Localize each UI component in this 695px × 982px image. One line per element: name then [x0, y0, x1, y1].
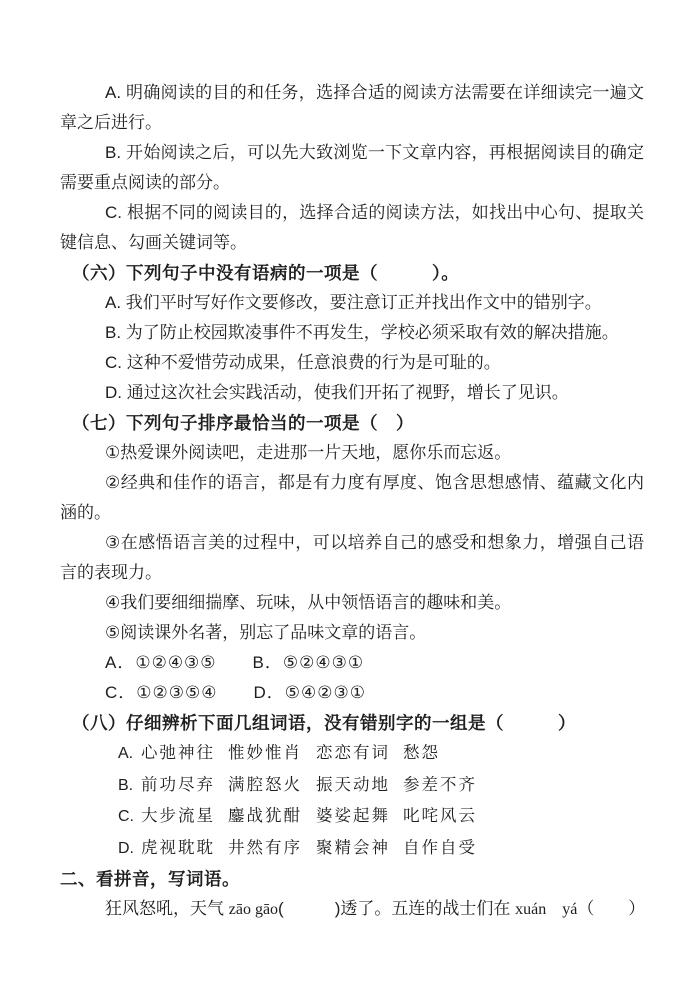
question-8-row-d: D.虎视耽耽井然有序聚精会神自作自受 — [60, 833, 644, 865]
question-8-row-a: A.心弛神往惟妙惟肖恋恋有词愁怨 — [60, 738, 644, 770]
question-7-sentence-4: ④我们要细细揣摩、玩味，从中领悟语言的趣味和美。 — [60, 588, 644, 618]
page-content: A. 明确阅读的目的和任务，选择合适的阅读方法需要在详细读完一遍文章之后进行。 … — [60, 78, 644, 925]
pinyin-sentence: 狂风怒吼，天气 zāo gāo( )透了。五连的战士们在 xuán yá（ ） — [60, 894, 644, 925]
question-7-sentence-1: ①热爱课外阅读吧，走进那一片天地，愿你乐而忘返。 — [60, 438, 644, 468]
question-8-row-c: C.大步流星鏖战犹酣婆娑起舞叱咤风云 — [60, 801, 644, 833]
section-two-heading: 二、看拼音，写词语。 — [60, 864, 644, 894]
word-group: 惟妙惟肖 — [228, 738, 316, 769]
word-group: 虎视耽耽 — [141, 833, 228, 864]
word-group: 自作自受 — [403, 833, 477, 864]
question-6-option-a: A. 我们平时写好作文要修改，要注意订正并找出作文中的错别字。 — [60, 288, 644, 318]
question-7-sentence-2: ②经典和佳作的语言，都是有力度有厚度、饱含思想感情、蕴藏文化内涵的。 — [60, 468, 644, 528]
pinyin-xuanya: xuán yá — [515, 901, 577, 918]
question-7-sentence-3: ③在感悟语言美的过程中，可以培养自己的感受和想象力，增强自己语言的表现力。 — [60, 528, 644, 588]
word-group: 叱咤风云 — [403, 801, 477, 832]
word-group: 前功尽弃 — [141, 770, 228, 801]
pinyin-sentence-cn-1: 狂风怒吼，天气 — [105, 899, 229, 918]
question-6-option-d: D. 通过这次社会实践活动，使我们开拓了视野，增长了见识。 — [60, 378, 644, 408]
reading-option-c: C. 根据不同的阅读目的，选择合适的阅读方法，如找出中心句、提取关键信息、勾画关… — [60, 198, 644, 258]
word-group: 振天动地 — [316, 770, 403, 801]
question-6-option-b: B. 为了防止校园欺凌事件不再发生，学校必须采取有效的解决措施。 — [60, 318, 644, 348]
reading-option-a: A. 明确阅读的目的和任务，选择合适的阅读方法需要在详细读完一遍文章之后进行。 — [60, 78, 644, 138]
word-group: 参差不齐 — [403, 770, 477, 801]
question-7-answers-row-1: A．①②④③⑤ B．⑤②④③① — [60, 648, 644, 678]
question-8-row-b: B.前功尽弃满腔怒火振天动地参差不齐 — [60, 770, 644, 802]
reading-option-b: B. 开始阅读之后，可以先大致浏览一下文章内容，再根据阅读目的确定需要重点阅读的… — [60, 138, 644, 198]
word-group: 聚精会神 — [316, 833, 403, 864]
word-group: 婆娑起舞 — [316, 801, 403, 832]
pinyin-blank-1-and-cn-2: ( )透了。五连的战士们在 — [278, 899, 515, 918]
row-label: B. — [118, 771, 141, 802]
question-6-heading: （六）下列句子中没有语病的一项是（ ）。 — [60, 258, 644, 288]
question-7-sentence-5: ⑤阅读课外名著，别忘了品味文章的语言。 — [60, 618, 644, 648]
word-group: 愁怨 — [403, 738, 440, 769]
question-7-heading: （七）下列句子排序最恰当的一项是（ ） — [60, 408, 644, 438]
word-group: 井然有序 — [228, 833, 316, 864]
question-6-option-c: C. 这种不爱惜劳动成果，任意浪费的行为是可耻的。 — [60, 348, 644, 378]
exam-page: A. 明确阅读的目的和任务，选择合适的阅读方法需要在详细读完一遍文章之后进行。 … — [0, 0, 695, 982]
question-7-answers-row-2: C．①②③⑤④ D．⑤④②③① — [60, 678, 644, 708]
row-label: C. — [118, 802, 141, 833]
row-label: D. — [118, 834, 141, 865]
word-group: 心弛神往 — [141, 738, 228, 769]
word-group: 满腔怒火 — [228, 770, 316, 801]
word-group: 大步流星 — [141, 801, 228, 832]
pinyin-blank-2: （ ） — [577, 899, 645, 918]
question-8-heading: （八）仔细辨析下面几组词语，没有错别字的一组是（ ） — [60, 708, 644, 738]
word-group: 恋恋有词 — [316, 738, 403, 769]
word-group: 鏖战犹酣 — [228, 801, 316, 832]
pinyin-zaogao: zāo gāo — [229, 901, 278, 918]
row-label: A. — [118, 739, 141, 770]
